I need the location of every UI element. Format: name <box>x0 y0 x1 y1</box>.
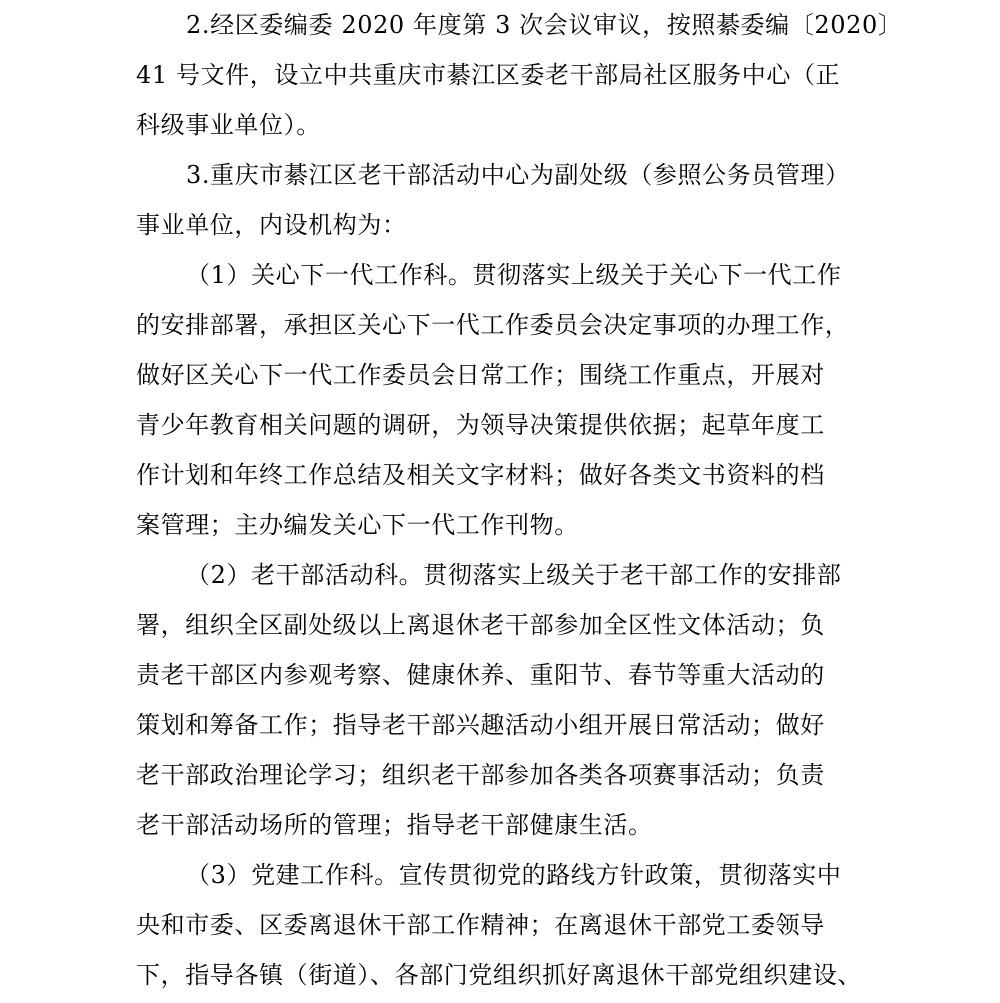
paragraph-2-line-1: 2.经区委编委 2020 年度第 3 次会议审议，按照綦委编〔2020〕 <box>186 0 902 50</box>
section-1-line-3: 做好区关心下一代工作委员会日常工作；围绕工作重点，开展对 <box>136 350 825 400</box>
paragraph-3-line-2: 事业单位，内设机构为： <box>136 200 407 250</box>
section-2-line-3: 责老干部区内参观考察、健康休养、重阳节、春节等重大活动的 <box>136 650 825 700</box>
section-2-line-4: 策划和筹备工作；指导老干部兴趣活动小组开展日常活动；做好 <box>136 700 825 750</box>
paragraph-2-line-3: 科级事业单位）。 <box>136 100 321 150</box>
section-2-line-1: （2）老干部活动科。贯彻落实上级关于老干部工作的安排部 <box>186 550 841 600</box>
section-3-line-2: 央和市委、区委离退休干部工作精神；在离退休干部党工委领导 <box>136 900 825 950</box>
paragraph-2-line-2: 41 号文件，设立中共重庆市綦江区委老干部局社区服务中心（正 <box>136 50 840 100</box>
section-2-line-6: 老干部活动场所的管理；指导老干部健康生活。 <box>136 800 653 850</box>
paragraph-3-line-1: 3.重庆市綦江区老干部活动中心为副处级（参照公务员管理） <box>186 150 850 200</box>
section-3-line-3: 下，指导各镇（街道）、各部门党组织抓好离退休干部党组织建设、 <box>136 950 862 1000</box>
section-3-line-1: （3）党建工作科。宣传贯彻党的路线方针政策，贯彻落实中 <box>186 850 841 900</box>
section-1-line-1: （1）关心下一代工作科。贯彻落实上级关于关心下一代工作 <box>186 250 841 300</box>
section-2-line-2: 署，组织全区副处级以上离退休老干部参加全区性文体活动；负 <box>136 600 825 650</box>
section-2-line-5: 老干部政治理论学习；组织老干部参加各类各项赛事活动；负责 <box>136 750 825 800</box>
section-1-line-4: 青少年教育相关问题的调研，为领导决策提供依据；起草年度工 <box>136 400 825 450</box>
section-1-line-6: 案管理；主办编发关心下一代工作刊物。 <box>136 500 579 550</box>
section-1-line-2: 的安排部署，承担区关心下一代工作委员会决定事项的办理工作， <box>136 300 849 350</box>
section-1-line-5: 作计划和年终工作总结及相关文字材料；做好各类文书资料的档 <box>136 450 825 500</box>
